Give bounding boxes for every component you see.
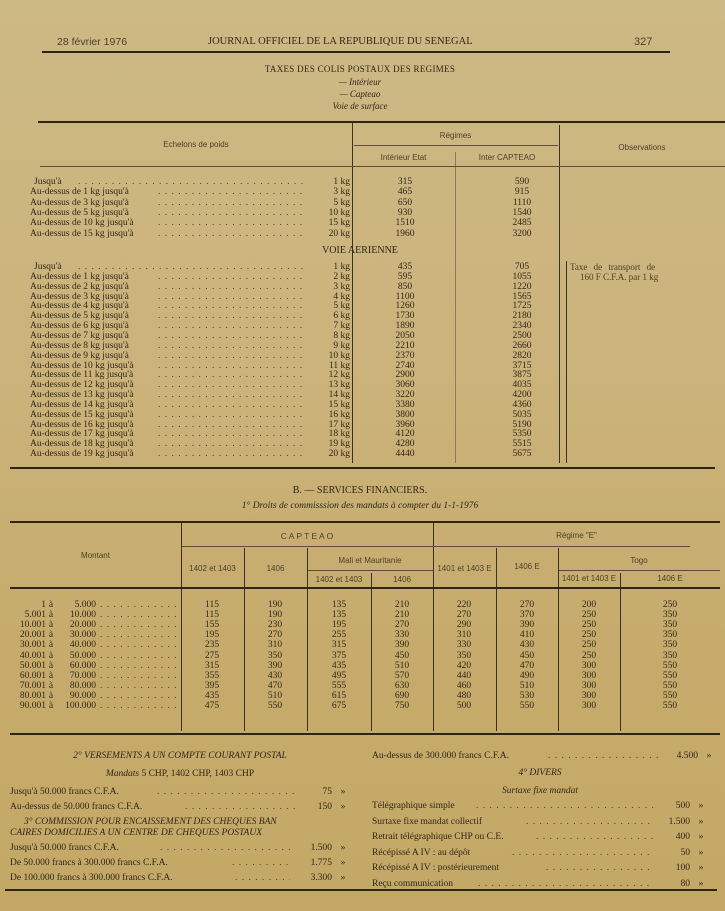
inter-capteao-value: 5190 xyxy=(482,420,562,430)
interieur-value: 1260 xyxy=(365,301,445,311)
leader-dots: . . . . . . . . . . . . . . . . . . . . … xyxy=(158,311,306,321)
interieur-value: 930 xyxy=(365,208,445,218)
financiers-title: B. — SERVICES FINANCIERS. xyxy=(200,485,520,496)
header-rule xyxy=(42,51,670,53)
amount-from: 5.001 xyxy=(2,610,46,620)
inter-capteao-value: 2500 xyxy=(482,331,562,341)
fee-value: 300 xyxy=(564,661,614,671)
fee-value: 195 xyxy=(314,620,364,630)
fee-value: 440 xyxy=(439,671,489,681)
table-row: Jusqu'à. . . . . . . . . . . . . . . . .… xyxy=(0,177,725,187)
fin-table-bottom-rule xyxy=(10,733,720,735)
leader-dots: . . . . . . . . . . . . . . . . . . . . … xyxy=(158,272,306,282)
fee-value: 550 xyxy=(645,661,695,671)
leader-dots: . . . . . . . . . . . . . . . . . . . . … xyxy=(78,177,306,187)
colis-table-bottom-rule xyxy=(10,467,715,469)
interieur-value: 3800 xyxy=(365,410,445,420)
fee-value: 190 xyxy=(250,600,300,610)
amount-to: 50.000 xyxy=(56,651,96,661)
leader-dots: . . . . . . . . . . . . . . . . . . . . … xyxy=(158,410,306,420)
colis-sub-capteao: — Capteao xyxy=(250,89,470,99)
weight-limit: 11 kg xyxy=(310,361,350,371)
interieur-value: 4440 xyxy=(365,449,445,459)
fee-value: 435 xyxy=(187,691,237,701)
weight-limit: 10 kg xyxy=(310,351,350,361)
amount-from: 90.001 xyxy=(2,701,46,711)
inter-capteao-value: 1540 xyxy=(482,208,562,218)
table-row: Au-dessus de 5 kg jusqu'à. . . . . . . .… xyxy=(0,311,725,321)
fee-value: 270 xyxy=(377,620,427,630)
amount-to: 10.000 xyxy=(56,610,96,620)
weight-limit: 3 kg xyxy=(310,187,350,197)
weight-limit: 7 kg xyxy=(310,321,350,331)
amount-sep: à xyxy=(46,661,56,671)
table-row: Au-dessus de 15 kg jusqu'à. . . . . . . … xyxy=(0,410,725,420)
col-e-1406: 1406 E xyxy=(496,562,558,571)
financiers-subtitle: 1° Droits de commisssion des mandats à c… xyxy=(150,501,570,511)
fee-value: 420 xyxy=(439,661,489,671)
table-row: Au-dessus de 15 kg jusqu'à. . . . . . . … xyxy=(0,229,725,239)
fee-value: 115 xyxy=(187,610,237,620)
table-row: Au-dessus de 13 kg jusqu'à. . . . . . . … xyxy=(0,390,725,400)
interieur-value: 1890 xyxy=(365,321,445,331)
leader-dots: . . . . . . . . . . . . . . . . . . . . … xyxy=(526,817,654,827)
weight-limit: 8 kg xyxy=(310,331,350,341)
item-mark: » xyxy=(696,832,706,842)
fee-value: 450 xyxy=(377,651,427,661)
inter-capteao-value: 3875 xyxy=(482,370,562,380)
inter-capteao-value: 915 xyxy=(482,187,562,197)
fee-value: 355 xyxy=(187,671,237,681)
divers-subtitle: Surtaxe fixe mandat xyxy=(430,786,650,796)
leader-dots: . . . . . . . . . . . . . . . . . . . . … xyxy=(157,787,297,797)
table-row: 90.001à100.000. . . . . . . . . . . . . … xyxy=(0,701,725,711)
leader-dots: . . . . . . . . . . . . . . . . . . . . … xyxy=(512,848,654,858)
list-item: Reçu communication. . . . . . . . . . . … xyxy=(0,879,725,889)
leader-dots: . . . . . . . . . . . . . . . . . . . . … xyxy=(158,449,306,459)
col-regime-e: Régime "E" xyxy=(433,531,720,540)
table-row: Au-dessus de 16 kg jusqu'à. . . . . . . … xyxy=(0,420,725,430)
fee-value: 210 xyxy=(377,610,427,620)
fee-value: 350 xyxy=(645,630,695,640)
row-label: Au-dessus de 9 kg jusqu'à xyxy=(30,351,129,361)
leader-dots: . . . . . . . . . . . . . . . . . . . . … xyxy=(100,661,176,671)
interieur-value: 3960 xyxy=(365,420,445,430)
fee-value: 395 xyxy=(187,681,237,691)
leader-dots: . . . . . . . . . . . . . . . . . . . . … xyxy=(158,331,306,341)
list-item: Récépissé A IV : au dépôt. . . . . . . .… xyxy=(0,848,725,858)
row-label: Au-dessus de 15 kg jusqu'à xyxy=(30,410,134,420)
table-row: Au-dessus de 3 kg jusqu'à. . . . . . . .… xyxy=(0,198,725,208)
fee-value: 750 xyxy=(377,701,427,711)
interieur-value: 650 xyxy=(365,198,445,208)
fee-value: 470 xyxy=(250,681,300,691)
leader-dots: . . . . . . . . . . . . . . . . . . . . … xyxy=(158,292,306,302)
amount-sep: à xyxy=(46,671,56,681)
amount-to: 40.000 xyxy=(56,640,96,650)
fee-value: 475 xyxy=(187,701,237,711)
fin-table-top-rule xyxy=(10,521,720,523)
fee-value: 390 xyxy=(502,620,552,630)
col-mali-1406: 1406 xyxy=(371,575,433,584)
weight-limit: 19 kg xyxy=(310,439,350,449)
leader-dots: . . . . . . . . . . . . . . . . . . . . … xyxy=(100,701,176,711)
interieur-value: 4280 xyxy=(365,439,445,449)
item-label: Jusqu'à 50.000 francs C.F.A. xyxy=(10,787,119,797)
fee-value: 135 xyxy=(314,600,364,610)
fee-value: 250 xyxy=(564,620,614,630)
fee-value: 210 xyxy=(377,600,427,610)
row-label: Au-dessus de 12 kg jusqu'à xyxy=(30,380,134,390)
table-row: Au-dessus de 3 kg jusqu'à. . . . . . . .… xyxy=(0,292,725,302)
inter-capteao-value: 3200 xyxy=(482,229,562,239)
inter-capteao-value: 1055 xyxy=(482,272,562,282)
leader-dots: . . . . . . . . . . . . . . . . . . . . … xyxy=(546,863,654,873)
fee-value: 630 xyxy=(377,681,427,691)
table-row: 1à5.000. . . . . . . . . . . . . . . . .… xyxy=(0,600,725,610)
fee-value: 275 xyxy=(187,651,237,661)
leader-dots: . . . . . . . . . . . . . . . . . . . . … xyxy=(100,620,176,630)
fee-value: 270 xyxy=(439,610,489,620)
weight-limit: 1 kg xyxy=(310,262,350,272)
inter-capteao-value: 2660 xyxy=(482,341,562,351)
bottom-left-rule xyxy=(5,889,365,891)
leader-dots: . . . . . . . . . . . . . . . . . . . . … xyxy=(158,439,306,449)
inter-capteao-value: 5675 xyxy=(482,449,562,459)
table-row: Jusqu'à. . . . . . . . . . . . . . . . .… xyxy=(0,262,725,272)
leader-dots: . . . . . . . . . . . . . . . . . . . . … xyxy=(100,691,176,701)
fee-value: 300 xyxy=(564,671,614,681)
amount-from: 50.001 xyxy=(2,661,46,671)
item-value: 400 xyxy=(640,832,690,842)
col-capteao-1406: 1406 xyxy=(244,564,307,573)
fee-value: 615 xyxy=(314,691,364,701)
fee-value: 250 xyxy=(564,640,614,650)
leader-dots: . . . . . . . . . . . . . . . . . . . . … xyxy=(100,630,176,640)
item-value: 4.500 xyxy=(648,751,698,761)
inter-capteao-value: 1220 xyxy=(482,282,562,292)
amount-to: 30.000 xyxy=(56,630,96,640)
fee-value: 155 xyxy=(187,620,237,630)
amount-sep: à xyxy=(46,610,56,620)
table-row: 30.001à40.000. . . . . . . . . . . . . .… xyxy=(0,640,725,650)
weight-limit: 4 kg xyxy=(310,292,350,302)
inter-capteao-value: 590 xyxy=(482,177,562,187)
inter-capteao-value: 2180 xyxy=(482,311,562,321)
leader-dots: . . . . . . . . . . . . . . . . . . . . … xyxy=(158,208,306,218)
amount-to: 70.000 xyxy=(56,671,96,681)
table-row: Au-dessus de 1 kg jusqu'à. . . . . . . .… xyxy=(0,187,725,197)
amount-to: 80.000 xyxy=(56,681,96,691)
amount-to: 100.000 xyxy=(56,701,96,711)
leader-dots: . . . . . . . . . . . . . . . . . . . . … xyxy=(476,801,654,811)
fee-value: 330 xyxy=(377,630,427,640)
item-mark: » xyxy=(696,801,706,811)
fee-value: 250 xyxy=(645,600,695,610)
fee-value: 550 xyxy=(645,681,695,691)
weight-limit: 14 kg xyxy=(310,390,350,400)
amount-from: 80.001 xyxy=(2,691,46,701)
fee-value: 115 xyxy=(187,600,237,610)
row-label: Au-dessus de 16 kg jusqu'à xyxy=(30,420,134,430)
item-mark: » xyxy=(696,817,706,827)
weight-limit: 12 kg xyxy=(310,370,350,380)
interieur-value: 595 xyxy=(365,272,445,282)
page-number: 327 xyxy=(634,36,652,48)
inter-capteao-value: 5035 xyxy=(482,410,562,420)
fee-value: 430 xyxy=(502,640,552,650)
item-mark: » xyxy=(704,751,714,761)
fee-value: 190 xyxy=(250,610,300,620)
fee-value: 375 xyxy=(314,651,364,661)
item-mark: » xyxy=(696,848,706,858)
table-row: Au-dessus de 10 kg jusqu'à. . . . . . . … xyxy=(0,218,725,228)
fin-header-bottom-rule xyxy=(10,587,720,589)
amount-from: 30.001 xyxy=(2,640,46,650)
row-label: Au-dessus de 11 kg jusqu'à xyxy=(30,370,133,380)
fee-value: 550 xyxy=(250,701,300,711)
voie-aerienne-label: VOIE AERIENNE xyxy=(250,245,470,256)
leader-dots: . . . . . . . . . . . . . . . . . . . . … xyxy=(100,681,176,691)
leader-dots: . . . . . . . . . . . . . . . . . . . . … xyxy=(158,361,306,371)
item-value: 1.500 xyxy=(640,817,690,827)
item-mark: » xyxy=(696,879,706,889)
inter-capteao-value: 1565 xyxy=(482,292,562,302)
fee-value: 690 xyxy=(377,691,427,701)
interieur-value: 435 xyxy=(365,262,445,272)
list-item: Récépissé A IV : postérieurement. . . . … xyxy=(0,863,725,873)
interieur-value: 2210 xyxy=(365,341,445,351)
table-row: 10.001à20.000. . . . . . . . . . . . . .… xyxy=(0,620,725,630)
fee-value: 550 xyxy=(645,701,695,711)
leader-dots: . . . . . . . . . . . . . . . . . . . . … xyxy=(158,187,306,197)
leader-dots: . . . . . . . . . . . . . . . . . . . . … xyxy=(158,218,306,228)
leader-dots: . . . . . . . . . . . . . . . . . . . . … xyxy=(158,370,306,380)
list-item: Retrait télégraphique CHP ou C.E.. . . .… xyxy=(0,832,725,842)
row-label: Au-dessus de 5 kg jusqu'à xyxy=(30,311,129,321)
table-row: Au-dessus de 17 kg jusqu'à. . . . . . . … xyxy=(0,429,725,439)
amount-sep: à xyxy=(46,701,56,711)
inter-capteao-value: 2485 xyxy=(482,218,562,228)
leader-dots: . . . . . . . . . . . . . . . . . . . . … xyxy=(536,832,654,842)
amount-sep: à xyxy=(46,630,56,640)
inter-capteao-value: 4360 xyxy=(482,400,562,410)
inter-capteao-value: 4200 xyxy=(482,390,562,400)
amount-from: 1 xyxy=(2,600,46,610)
col-togo: Togo xyxy=(558,556,720,565)
list-item: Surtaxe fixe mandat collectif. . . . . .… xyxy=(0,817,725,827)
fee-value: 510 xyxy=(250,691,300,701)
inter-capteao-value: 2820 xyxy=(482,351,562,361)
interieur-value: 2370 xyxy=(365,351,445,361)
colis-title: TAXES DES COLIS POSTAUX DES REGIMES xyxy=(150,64,570,74)
table-row: Au-dessus de 5 kg jusqu'à. . . . . . . .… xyxy=(0,208,725,218)
amount-from: 60.001 xyxy=(2,671,46,681)
fee-value: 510 xyxy=(502,681,552,691)
amount-from: 20.001 xyxy=(2,630,46,640)
fee-value: 495 xyxy=(314,671,364,681)
bottom-right-rule xyxy=(362,889,717,891)
weight-limit: 13 kg xyxy=(310,380,350,390)
interieur-value: 1960 xyxy=(365,229,445,239)
row-label: Au-dessus de 2 kg jusqu'à xyxy=(30,282,129,292)
fee-value: 530 xyxy=(502,691,552,701)
col-echelons-de-poids: Echelons de poids xyxy=(40,140,352,149)
col-regimes: Régimes xyxy=(352,131,559,140)
col-capteao-1402-1403: 1402 et 1403 xyxy=(181,564,244,573)
fee-value: 250 xyxy=(564,630,614,640)
table-row: Au-dessus de 1 kg jusqu'à. . . . . . . .… xyxy=(0,272,725,282)
fee-value: 290 xyxy=(439,620,489,630)
col-togo-1406: 1406 E xyxy=(620,574,720,583)
col-interieur-etat: Intérieur Etat xyxy=(352,153,455,162)
table-row: Au-dessus de 9 kg jusqu'à. . . . . . . .… xyxy=(0,351,725,361)
row-label: Au-dessus de 8 kg jusqu'à xyxy=(30,341,129,351)
fee-value: 270 xyxy=(250,630,300,640)
interieur-value: 3380 xyxy=(365,400,445,410)
interieur-value: 3220 xyxy=(365,390,445,400)
fee-value: 550 xyxy=(502,701,552,711)
col-mali-mauritanie: Mali et Mauritanie xyxy=(307,556,433,565)
row-label: Au-dessus de 3 kg jusqu'à xyxy=(30,292,129,302)
table-row: 70.001à80.000. . . . . . . . . . . . . .… xyxy=(0,681,725,691)
fee-value: 195 xyxy=(187,630,237,640)
leader-dots: . . . . . . . . . . . . . . . . . . . . … xyxy=(158,380,306,390)
item-label: Récépissé A IV : au dépôt xyxy=(372,848,470,858)
table-row: Au-dessus de 12 kg jusqu'à. . . . . . . … xyxy=(0,380,725,390)
fee-value: 310 xyxy=(250,640,300,650)
row-label: Au-dessus de 13 kg jusqu'à xyxy=(30,390,134,400)
amount-sep: à xyxy=(46,600,56,610)
fee-value: 675 xyxy=(314,701,364,711)
table-row: Au-dessus de 14 kg jusqu'à. . . . . . . … xyxy=(0,400,725,410)
leader-dots: . . . . . . . . . . . . . . . . . . . . … xyxy=(100,600,176,610)
amount-sep: à xyxy=(46,651,56,661)
fee-value: 315 xyxy=(187,661,237,671)
weight-limit: 6 kg xyxy=(310,311,350,321)
row-label: Au-dessus de 3 kg jusqu'à xyxy=(30,198,129,208)
row-label: Jusqu'à xyxy=(34,262,62,272)
leader-dots: . . . . . . . . . . . . . . . . . . . . … xyxy=(548,751,658,761)
leader-dots: . . . . . . . . . . . . . . . . . . . . … xyxy=(158,341,306,351)
voie-surface-label: Voie de surface xyxy=(250,101,470,111)
col-observations: Observations xyxy=(559,143,725,152)
interieur-value: 1100 xyxy=(365,292,445,302)
versements-subtitle: Mandats 5 CHP, 1402 CHP, 1403 CHP xyxy=(20,769,340,779)
amount-to: 90.000 xyxy=(56,691,96,701)
item-label: Télégraphique simple xyxy=(372,801,455,811)
weight-limit: 10 kg xyxy=(310,208,350,218)
weight-limit: 15 kg xyxy=(310,218,350,228)
weight-limit: 5 kg xyxy=(310,301,350,311)
amount-from: 10.001 xyxy=(2,620,46,630)
fee-value: 390 xyxy=(250,661,300,671)
list-item: Au-dessus de 300.000 francs C.F.A.. . . … xyxy=(0,751,725,761)
interieur-value: 1510 xyxy=(365,218,445,228)
row-label: Au-dessus de 7 kg jusqu'à xyxy=(30,331,129,341)
fee-value: 390 xyxy=(377,640,427,650)
fee-value: 350 xyxy=(250,651,300,661)
weight-limit: 1 kg xyxy=(310,177,350,187)
leader-dots: . . . . . . . . . . . . . . . . . . . . … xyxy=(158,351,306,361)
leader-dots: . . . . . . . . . . . . . . . . . . . . … xyxy=(100,640,176,650)
amount-sep: à xyxy=(46,691,56,701)
inter-capteao-value: 1725 xyxy=(482,301,562,311)
colis-header-bottom-rule xyxy=(40,166,725,167)
header-date: 28 février 1976 xyxy=(57,36,127,48)
leader-dots: . . . . . . . . . . . . . . . . . . . . … xyxy=(158,429,306,439)
fee-value: 350 xyxy=(645,651,695,661)
item-value: 500 xyxy=(640,801,690,811)
fee-value: 200 xyxy=(564,600,614,610)
item-value: 100 xyxy=(640,863,690,873)
fee-value: 550 xyxy=(645,691,695,701)
item-mark: » xyxy=(696,863,706,873)
amount-sep: à xyxy=(46,640,56,650)
fee-value: 350 xyxy=(645,610,695,620)
inter-capteao-value: 2340 xyxy=(482,321,562,331)
fee-value: 550 xyxy=(645,671,695,681)
fee-value: 235 xyxy=(187,640,237,650)
leader-dots: . . . . . . . . . . . . . . . . . . . . … xyxy=(158,198,306,208)
leader-dots: . . . . . . . . . . . . . . . . . . . . … xyxy=(158,390,306,400)
table-row: 5.001à10.000. . . . . . . . . . . . . . … xyxy=(0,610,725,620)
fee-value: 430 xyxy=(250,671,300,681)
table-row: Au-dessus de 11 kg jusqu'à. . . . . . . … xyxy=(0,370,725,380)
item-value: 80 xyxy=(640,879,690,889)
item-mark: » xyxy=(338,787,348,797)
table-row: Au-dessus de 10 kg jusqu'à. . . . . . . … xyxy=(0,361,725,371)
fee-value: 300 xyxy=(564,681,614,691)
fee-value: 350 xyxy=(439,651,489,661)
item-label: Au-dessus de 300.000 francs C.F.A. xyxy=(372,751,509,761)
inter-capteao-value: 5515 xyxy=(482,439,562,449)
row-label: Au-dessus de 14 kg jusqu'à xyxy=(30,400,134,410)
item-value: 50 xyxy=(640,848,690,858)
interieur-value: 465 xyxy=(365,187,445,197)
divers-title: 4° DIVERS xyxy=(430,768,650,778)
row-label: Au-dessus de 1 kg jusqu'à xyxy=(30,187,129,197)
table-row: 50.001à60.000. . . . . . . . . . . . . .… xyxy=(0,661,725,671)
amount-from: 40.001 xyxy=(2,651,46,661)
interieur-value: 2050 xyxy=(365,331,445,341)
fee-value: 255 xyxy=(314,630,364,640)
fee-value: 250 xyxy=(564,610,614,620)
amount-to: 20.000 xyxy=(56,620,96,630)
item-label: Récépissé A IV : postérieurement xyxy=(372,863,499,873)
table-row: 20.001à30.000. . . . . . . . . . . . . .… xyxy=(0,630,725,640)
table-row: 40.001à50.000. . . . . . . . . . . . . .… xyxy=(0,651,725,661)
col-montant: Montant xyxy=(10,551,181,560)
leader-dots: . . . . . . . . . . . . . . . . . . . . … xyxy=(100,610,176,620)
leader-dots: . . . . . . . . . . . . . . . . . . . . … xyxy=(158,282,306,292)
weight-limit: 2 kg xyxy=(310,272,350,282)
fee-value: 135 xyxy=(314,610,364,620)
row-label: Au-dessus de 15 kg jusqu'à xyxy=(30,229,134,239)
fee-value: 450 xyxy=(502,651,552,661)
leader-dots: . . . . . . . . . . . . . . . . . . . . … xyxy=(100,671,176,681)
row-label: Au-dessus de 4 kg jusqu'à xyxy=(30,301,129,311)
leader-dots: . . . . . . . . . . . . . . . . . . . . … xyxy=(100,651,176,661)
row-label: Au-dessus de 10 kg jusqu'à xyxy=(30,218,134,228)
versements-subtitle-italic: Mandats xyxy=(106,769,139,779)
leader-dots: . . . . . . . . . . . . . . . . . . . . … xyxy=(158,400,306,410)
fee-value: 480 xyxy=(439,691,489,701)
weight-limit: 17 kg xyxy=(310,420,350,430)
col-e-1401-1403: 1401 et 1403 E xyxy=(433,564,496,573)
row-label: Au-dessus de 10 kg jusqu'à xyxy=(30,361,134,371)
leader-dots: . . . . . . . . . . . . . . . . . . . . … xyxy=(158,301,306,311)
